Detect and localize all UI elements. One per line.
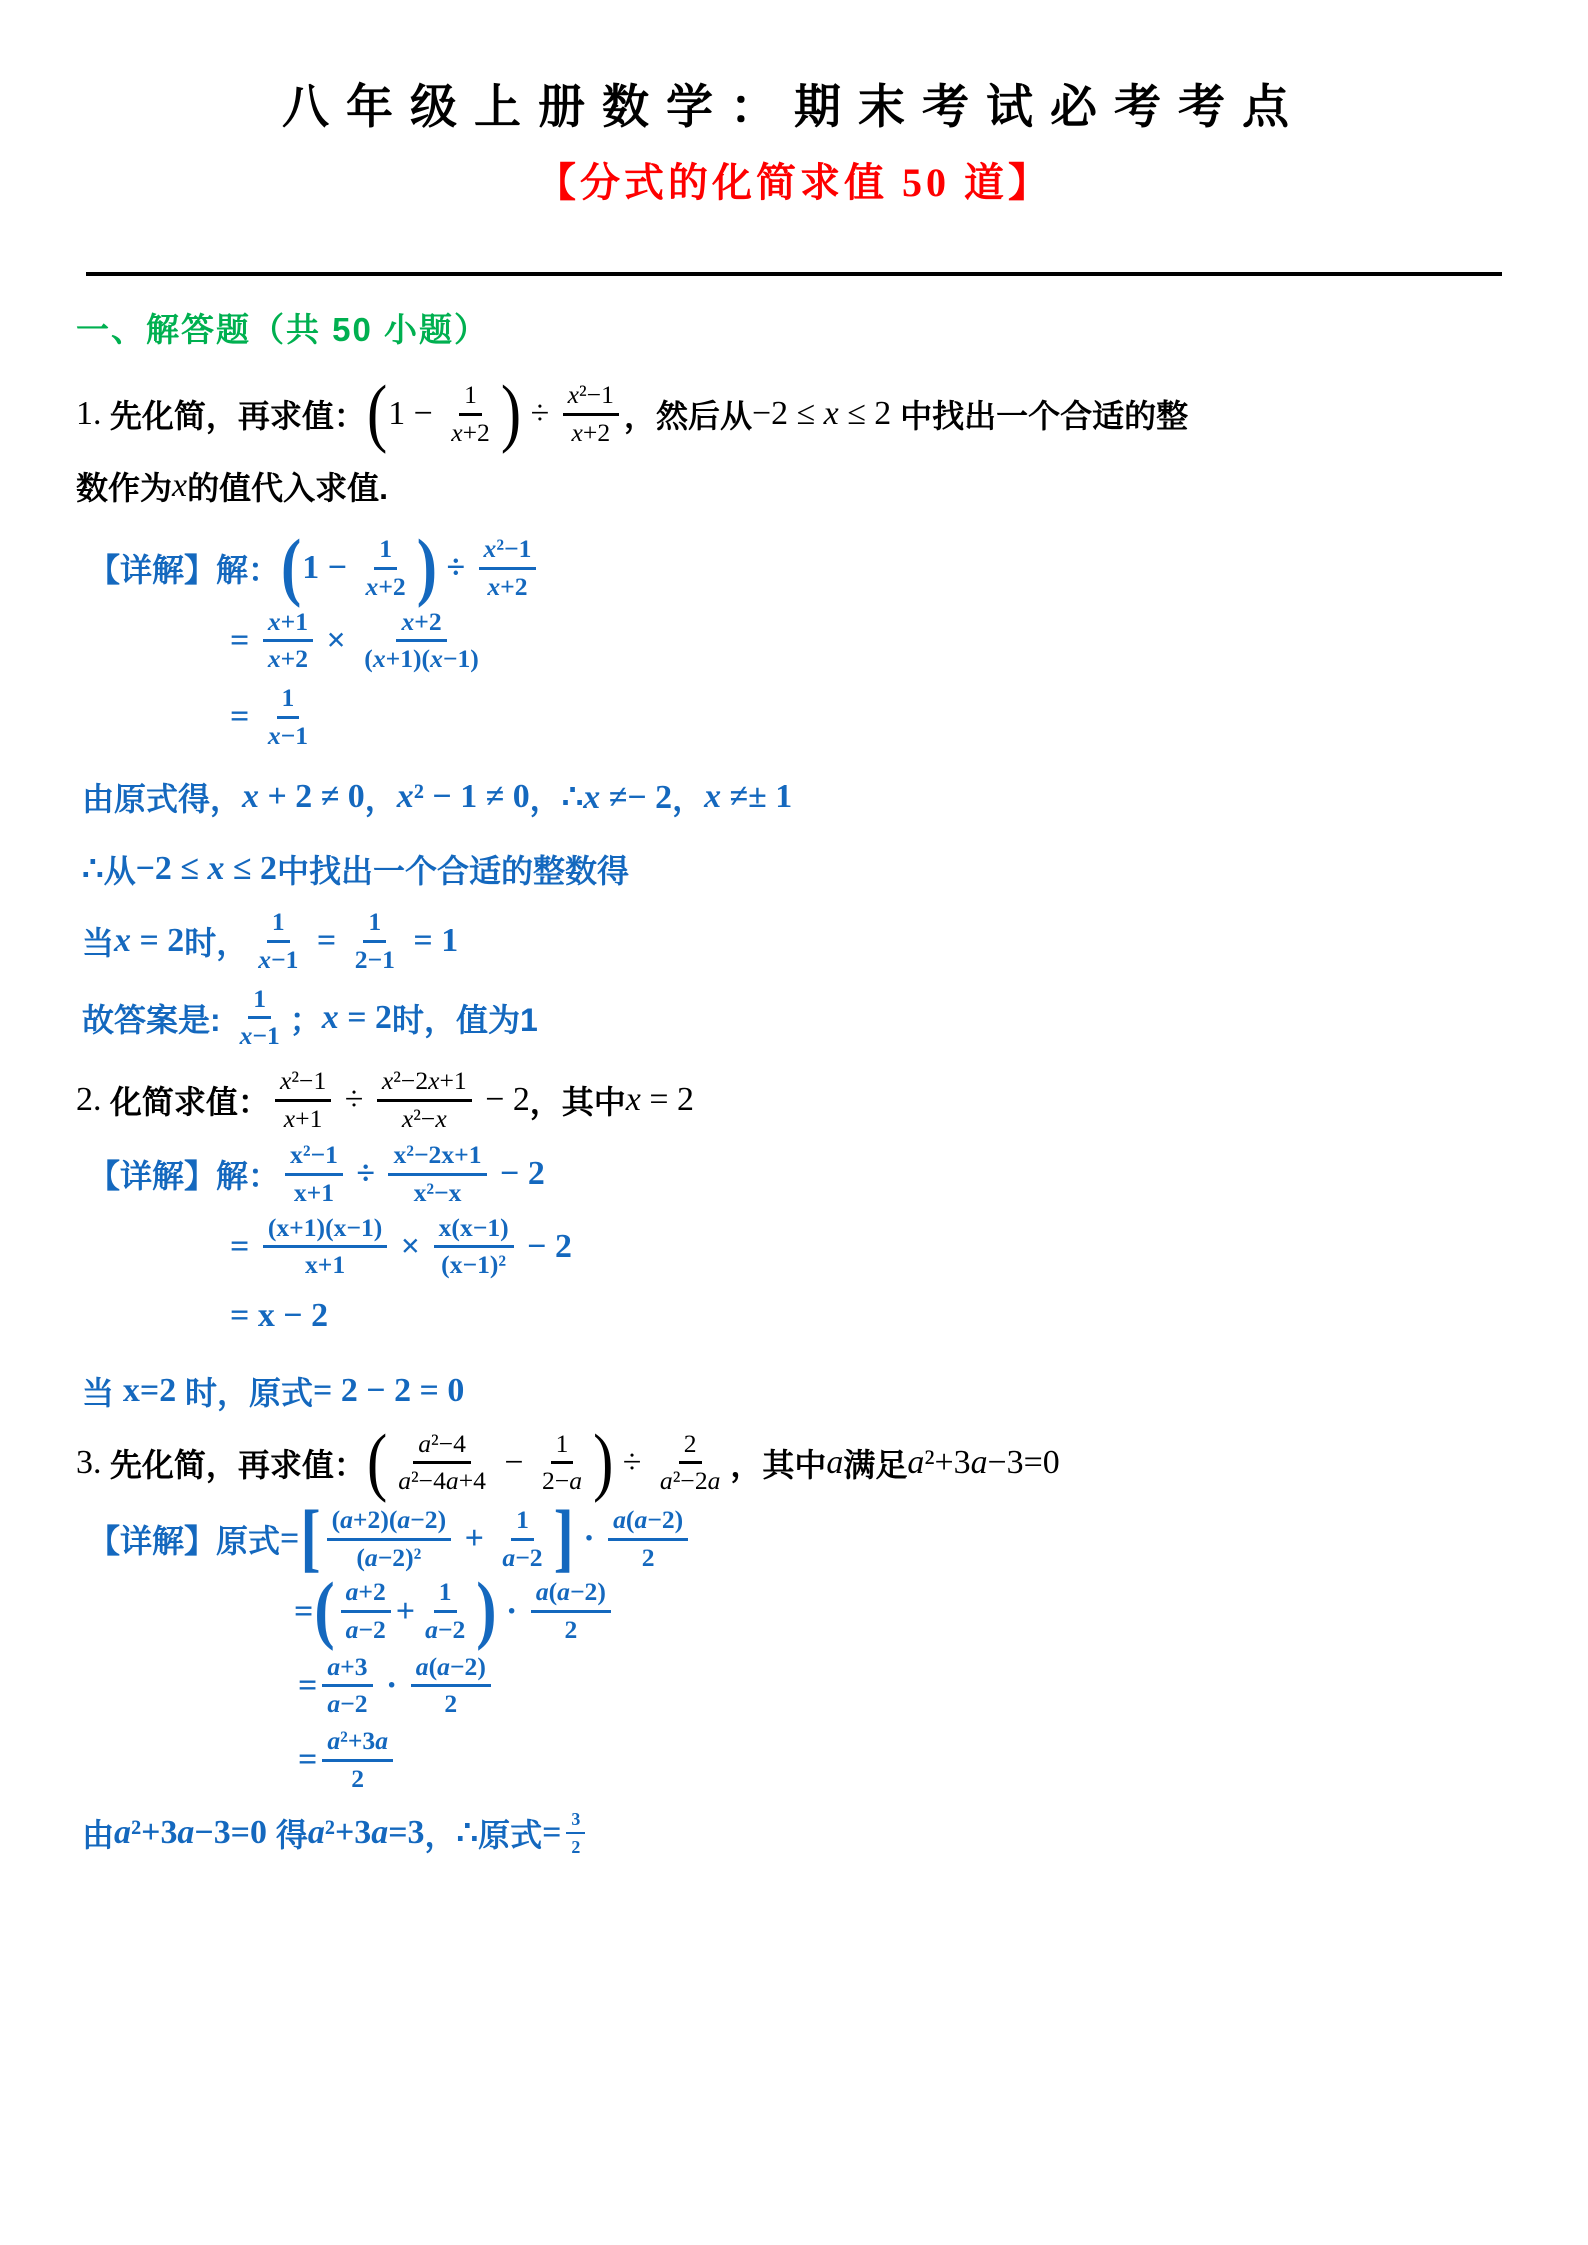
math-variable: x bbox=[242, 778, 259, 815]
fraction-denominator: x²−x bbox=[397, 1102, 452, 1134]
math-run: = bbox=[280, 1520, 299, 1558]
bracket: ) bbox=[501, 380, 521, 448]
math-run: 2. bbox=[76, 1081, 110, 1119]
math-variable: a bbox=[327, 1726, 340, 1755]
math-variable: x bbox=[258, 945, 271, 974]
math-run: · bbox=[498, 1593, 526, 1631]
fraction: a(a−2)2 bbox=[608, 1506, 688, 1572]
math-variable: x bbox=[123, 1372, 140, 1409]
fraction-denominator: x+1 bbox=[300, 1248, 350, 1280]
math-variable: a bbox=[425, 1615, 438, 1644]
text-run: 【详解】原式 bbox=[88, 1516, 280, 1562]
fraction-numerator: 1 bbox=[267, 908, 290, 943]
math-variable: x bbox=[428, 1066, 439, 1095]
math-run: x=2 bbox=[123, 1372, 176, 1410]
math-variable: a bbox=[613, 1505, 626, 1534]
fraction-numerator: x²−1 bbox=[479, 535, 537, 570]
math-variable: a bbox=[536, 1577, 549, 1606]
fraction: 1x−1 bbox=[235, 985, 285, 1051]
worksheet-page: 八年级上册数学：期末考试必考考点 【分式的化简求值 50 道】 一、解答题（共 … bbox=[0, 0, 1588, 2245]
math-run: −2 ≤ x ≤ 2 bbox=[136, 850, 277, 888]
math-variable: x bbox=[382, 1066, 393, 1095]
bracket: ( bbox=[367, 380, 387, 448]
math-variable: a bbox=[907, 1444, 924, 1481]
text-run: 先化简，再求值： bbox=[110, 391, 366, 437]
math-run: 1. bbox=[76, 395, 110, 433]
problem-3-solution-step-1: 【详解】原式=[(a+2)(a−2)(a−2)² + 1a−2] · a(a−2… bbox=[88, 1506, 1588, 1572]
text-run: 由 bbox=[82, 1810, 114, 1856]
fraction-denominator: x−1 bbox=[263, 719, 313, 751]
fraction-numerator: 1 bbox=[277, 684, 300, 719]
fraction-numerator: x+2 bbox=[396, 608, 446, 643]
math-variable: x bbox=[240, 1021, 253, 1050]
fraction-denominator: (x+1)(x−1) bbox=[359, 642, 484, 674]
fraction-denominator: x+1 bbox=[279, 1102, 328, 1134]
text-run: 满足 bbox=[843, 1440, 907, 1486]
math-variable: a bbox=[327, 1689, 340, 1718]
bracket: ( bbox=[314, 1577, 334, 1645]
math-variable: x bbox=[276, 1213, 289, 1242]
math-variable: x bbox=[583, 779, 600, 816]
fraction-denominator: a−2 bbox=[322, 1687, 372, 1719]
math-variable: x bbox=[268, 721, 281, 750]
fraction-denominator: (x−1)² bbox=[436, 1248, 511, 1280]
text-run: 故答案是: bbox=[82, 995, 230, 1041]
problem-3-conclusion: 由a²+3a−3=0 得a²+3a=3，∴原式=32 bbox=[82, 1809, 1588, 1857]
problem-1-solution-step-2: = x+1x+2 × x+2(x+1)(x−1) bbox=[230, 608, 1588, 674]
text-run: 时， bbox=[184, 918, 248, 964]
math-run: ∴ bbox=[457, 1813, 479, 1853]
fraction: x+2(x+1)(x−1) bbox=[359, 608, 484, 674]
math-run: 1 − bbox=[302, 549, 355, 587]
fraction-numerator: x(x−1) bbox=[434, 1214, 514, 1249]
math-run: · bbox=[575, 1520, 603, 1558]
math-variable: a bbox=[971, 1444, 988, 1481]
fraction: a+2a−2 bbox=[341, 1578, 391, 1644]
math-run: x² − 1 ≠ 0 bbox=[397, 778, 530, 816]
bracket: ) bbox=[417, 534, 437, 602]
fraction: x²−2x+1x²−x bbox=[377, 1067, 472, 1133]
page-title: 八年级上册数学：期末考试必考考点 bbox=[0, 70, 1588, 137]
math-variable: x bbox=[401, 607, 414, 636]
problem-3-statement: 3. 先化简，再求值：(a²−4a²−4a+4 − 12−a) ÷ 2a²−2a… bbox=[76, 1430, 1588, 1496]
text-run: 当 bbox=[82, 1368, 123, 1414]
math-variable: a bbox=[114, 1814, 131, 1851]
text-run: 时，值为1 bbox=[392, 995, 538, 1041]
math-variable: a bbox=[398, 1466, 411, 1495]
bracket: ) bbox=[593, 1429, 613, 1497]
math-run: x = 2 bbox=[114, 922, 184, 960]
fraction-denominator: x+2 bbox=[446, 416, 495, 448]
math-run: = bbox=[230, 622, 258, 660]
fraction: a(a−2)2 bbox=[531, 1578, 611, 1644]
math-variable: a bbox=[346, 1615, 359, 1644]
problem-1-solution-step-1: 【详解】解：(1 − 1x+2) ÷ x²−1x+2 bbox=[88, 535, 1588, 601]
math-variable: a bbox=[708, 1466, 721, 1495]
fraction: 1x+2 bbox=[446, 381, 495, 447]
math-run: x ≠± 1 bbox=[704, 778, 792, 816]
math-variable: x bbox=[373, 644, 386, 673]
math-variable: x bbox=[460, 1213, 473, 1242]
fraction-denominator: (a−2)² bbox=[351, 1541, 426, 1573]
fraction-denominator: a−2 bbox=[420, 1613, 470, 1645]
fraction: 1x−1 bbox=[253, 908, 303, 974]
fraction-denominator: x−1 bbox=[253, 943, 303, 975]
fraction: x²−1x+1 bbox=[285, 1141, 343, 1207]
fraction-denominator: 2 bbox=[346, 1762, 369, 1794]
text-run: 当 bbox=[82, 918, 114, 964]
fraction-numerator: 1 bbox=[374, 535, 397, 570]
bracket: ] bbox=[554, 1505, 574, 1573]
fraction: x²−2x+1x²−x bbox=[388, 1141, 486, 1207]
math-variable: a bbox=[375, 1726, 388, 1755]
math-run: a bbox=[826, 1444, 843, 1482]
fraction-denominator: 2−a bbox=[537, 1464, 587, 1496]
math-variable: a bbox=[416, 1652, 429, 1681]
math-run: ÷ bbox=[522, 395, 558, 433]
text-run: ，然后从 bbox=[624, 391, 752, 437]
math-run: = bbox=[230, 698, 258, 736]
text-run: 【详解】解： bbox=[88, 1151, 280, 1197]
fraction-numerator: 1 bbox=[551, 1430, 574, 1465]
math-variable: x bbox=[280, 1066, 291, 1095]
math-run: − bbox=[496, 1444, 532, 1482]
math-run: − 2 bbox=[477, 1081, 530, 1119]
text-run: ，其中 bbox=[730, 1440, 826, 1486]
fraction-denominator: x+2 bbox=[567, 416, 616, 448]
text-run: ， bbox=[365, 774, 397, 820]
fraction: a(a−2)2 bbox=[411, 1653, 491, 1719]
text-run: ， bbox=[424, 1810, 456, 1856]
text-run: ， bbox=[672, 774, 704, 820]
math-variable: x bbox=[334, 1213, 347, 1242]
fraction-numerator: 1 bbox=[363, 908, 386, 943]
math-variable: a bbox=[557, 1577, 570, 1606]
fraction-numerator: x²−2x+1 bbox=[377, 1067, 472, 1102]
fraction: x²−1x+2 bbox=[479, 535, 537, 601]
math-variable: x bbox=[414, 1178, 427, 1207]
math-run: = 2 − 2 = 0 bbox=[313, 1372, 464, 1410]
fraction: 1x−1 bbox=[263, 684, 313, 750]
math-variable: a bbox=[340, 1505, 353, 1534]
fraction: a²−4a²−4a+4 bbox=[393, 1430, 491, 1496]
math-run: ∴ bbox=[82, 849, 104, 889]
math-variable: a bbox=[365, 1543, 378, 1572]
math-run: − 2 bbox=[519, 1228, 572, 1266]
fraction: x(x−1)(x−1)² bbox=[434, 1214, 514, 1280]
math-variable: a bbox=[437, 1652, 450, 1681]
text-run: 得 bbox=[267, 1810, 308, 1856]
math-run: a²+3a−3=0 bbox=[907, 1444, 1059, 1482]
problem-2-solution-step-2: = (x+1)(x−1)x+1 × x(x−1)(x−1)² − 2 bbox=[230, 1214, 1588, 1280]
math-variable: x bbox=[207, 850, 224, 887]
fraction-numerator: a(a−2) bbox=[608, 1506, 688, 1541]
bracket: [ bbox=[300, 1505, 320, 1573]
fraction-numerator: 1 bbox=[459, 381, 482, 416]
math-run: = bbox=[298, 1741, 317, 1779]
math-run: x bbox=[172, 467, 187, 505]
math-variable: x bbox=[484, 534, 497, 563]
fraction-denominator: 2 bbox=[439, 1687, 462, 1719]
fraction-numerator: 1 bbox=[248, 985, 271, 1020]
math-run: + bbox=[456, 1520, 492, 1558]
fraction: 1x+2 bbox=[361, 535, 411, 601]
math-variable: x bbox=[114, 922, 131, 959]
fraction-numerator: (x+1)(x−1) bbox=[263, 1214, 388, 1249]
math-variable: x bbox=[290, 1140, 303, 1169]
fraction-denominator: a−2 bbox=[341, 1613, 391, 1645]
text-run: ，其中 bbox=[530, 1077, 626, 1123]
math-variable: x bbox=[626, 1081, 641, 1118]
fraction: a²+3a2 bbox=[322, 1727, 393, 1793]
fraction-denominator: 2 bbox=[559, 1613, 582, 1645]
math-variable: x bbox=[451, 418, 462, 447]
fraction: 32 bbox=[566, 1809, 585, 1857]
math-variable: a bbox=[371, 1814, 388, 1851]
fraction-numerator: 3 bbox=[566, 1809, 585, 1834]
fraction-numerator: x+1 bbox=[263, 608, 313, 643]
math-variable: x bbox=[430, 644, 443, 673]
fraction-numerator: 1 bbox=[434, 1578, 457, 1613]
math-variable: x bbox=[402, 1104, 413, 1133]
fraction-denominator: x+1 bbox=[289, 1176, 339, 1208]
math-run: a²+3a=3 bbox=[308, 1814, 425, 1852]
math-run: = bbox=[294, 1593, 313, 1631]
fraction-denominator: a²−4a+4 bbox=[393, 1464, 491, 1496]
math-variable: x bbox=[487, 572, 500, 601]
text-run: 时，原式 bbox=[176, 1368, 313, 1414]
problem-1-answer: 故答案是: 1x−1；x = 2时，值为1 bbox=[82, 985, 1588, 1051]
math-run: ÷ bbox=[614, 1444, 650, 1482]
fraction-numerator: a²−4 bbox=[413, 1430, 471, 1465]
math-run: ÷ bbox=[348, 1155, 384, 1193]
math-variable: x bbox=[441, 1140, 454, 1169]
problem-2-statement: 2. 化简求值：x²−1x+1 ÷ x²−2x+1x²−x − 2，其中x = … bbox=[76, 1067, 1588, 1133]
text-run: ， bbox=[530, 774, 562, 820]
fraction-denominator: x−1 bbox=[235, 1019, 285, 1051]
text-run: 中找出一个合适的整数得 bbox=[277, 846, 629, 892]
fraction-numerator: x²−1 bbox=[563, 381, 619, 416]
problem-1-evaluation: 当x = 2时，1x−1 = 12−1 = 1 bbox=[82, 908, 1588, 974]
fraction-numerator: x²−1 bbox=[275, 1067, 331, 1102]
problem-1-choice-note: ∴从−2 ≤ x ≤ 2中找出一个合适的整数得 bbox=[82, 846, 1588, 892]
math-run: 3. bbox=[76, 1444, 110, 1482]
math-run: a²+3a−3=0 bbox=[114, 1814, 267, 1852]
math-variable: x bbox=[305, 1250, 318, 1279]
document-body: 1. 先化简，再求值：(1 − 1x+2) ÷ x²−1x+2，然后从−2 ≤ … bbox=[0, 381, 1588, 1858]
fraction-numerator: a+3 bbox=[322, 1653, 372, 1688]
title-divider bbox=[86, 272, 1502, 276]
fraction-denominator: 2 bbox=[566, 1834, 585, 1857]
problem-3-solution-step-4: =a²+3a2 bbox=[298, 1727, 1588, 1793]
fraction-denominator: a²−2a bbox=[655, 1464, 726, 1496]
math-run: + bbox=[396, 1593, 415, 1631]
math-variable: a bbox=[418, 1429, 431, 1458]
math-variable: x bbox=[568, 380, 579, 409]
math-variable: a bbox=[446, 1466, 459, 1495]
math-variable: a bbox=[346, 1577, 359, 1606]
math-variable: x bbox=[268, 607, 281, 636]
math-variable: x bbox=[322, 999, 339, 1036]
fraction-denominator: x+2 bbox=[263, 642, 313, 674]
problem-3-solution-step-2: =(a+2a−2+1a−2) · a(a−2)2 bbox=[294, 1578, 1588, 1644]
text-run: 【详解】解： bbox=[88, 545, 280, 591]
fraction-numerator: x²−2x+1 bbox=[388, 1141, 486, 1176]
problem-2-solution-step-3: = x − 2 bbox=[230, 1294, 1588, 1338]
math-variable: x bbox=[294, 1178, 307, 1207]
math-variable: x bbox=[824, 395, 839, 432]
text-run: 由原式得， bbox=[82, 774, 242, 820]
math-variable: x bbox=[258, 1297, 275, 1334]
math-variable: x bbox=[397, 778, 414, 815]
fraction: (x+1)(x−1)x+1 bbox=[263, 1214, 388, 1280]
math-run: ÷ bbox=[438, 549, 474, 587]
math-variable: a bbox=[826, 1444, 843, 1481]
text-run: ； bbox=[290, 995, 322, 1041]
text-run: 从 bbox=[104, 846, 136, 892]
math-variable: x bbox=[393, 1140, 406, 1169]
fraction-denominator: x+2 bbox=[482, 570, 532, 602]
bracket: ) bbox=[476, 1577, 496, 1645]
math-run: 1 − bbox=[388, 395, 441, 433]
problem-1-statement-line-2: 数作为x的值代入求值. bbox=[76, 463, 1588, 509]
fraction-numerator: 1 bbox=[511, 1506, 534, 1541]
fraction: 12−1 bbox=[350, 908, 400, 974]
fraction-numerator: a(a−2) bbox=[411, 1653, 491, 1688]
math-variable: x bbox=[572, 418, 583, 447]
fraction-denominator: x²−x bbox=[409, 1176, 467, 1208]
fraction: a+3a−2 bbox=[322, 1653, 372, 1719]
math-run: = 1 bbox=[405, 922, 458, 960]
fraction: 1a−2 bbox=[420, 1578, 470, 1644]
text-run: 先化简，再求值： bbox=[110, 1440, 366, 1486]
math-variable: x bbox=[268, 644, 281, 673]
math-run: × bbox=[392, 1228, 428, 1266]
math-run: = bbox=[308, 922, 344, 960]
math-variable: a bbox=[569, 1466, 582, 1495]
text-run: 的值代入求值. bbox=[187, 463, 388, 509]
problem-1-domain-note: 由原式得，x + 2 ≠ 0，x² − 1 ≠ 0，∴x ≠− 2，x ≠± 1 bbox=[82, 774, 1588, 820]
math-run: · bbox=[378, 1667, 406, 1705]
text-run: 化简求值： bbox=[110, 1077, 270, 1123]
math-run: × bbox=[318, 622, 354, 660]
fraction-numerator: a²+3a bbox=[322, 1727, 393, 1762]
bracket: ( bbox=[281, 534, 301, 602]
fraction: x²−1x+2 bbox=[563, 381, 619, 447]
math-variable: a bbox=[397, 1505, 410, 1534]
problem-1-statement-line-1: 1. 先化简，再求值：(1 − 1x+2) ÷ x²−1x+2，然后从−2 ≤ … bbox=[76, 381, 1588, 447]
math-run: ∴x ≠− 2 bbox=[562, 777, 672, 817]
math-run: x = 2 bbox=[322, 999, 392, 1037]
fraction-numerator: a+2 bbox=[341, 1578, 391, 1613]
math-variable: a bbox=[327, 1652, 340, 1681]
math-variable: x bbox=[284, 1104, 295, 1133]
math-variable: x bbox=[450, 1250, 463, 1279]
text-run: 中找出一个合适的整 bbox=[891, 391, 1188, 437]
math-variable: a bbox=[634, 1505, 647, 1534]
fraction-numerator: 2 bbox=[679, 1430, 702, 1465]
math-run: − 2 bbox=[492, 1155, 545, 1193]
text-run: 数作为 bbox=[76, 463, 172, 509]
math-run: ÷ bbox=[336, 1081, 372, 1119]
math-variable: x bbox=[704, 778, 721, 815]
math-run: −2 ≤ x ≤ 2 bbox=[752, 395, 891, 433]
problem-2-evaluation: 当 x=2 时，原式= 2 − 2 = 0 bbox=[82, 1368, 1588, 1414]
fraction-denominator: a−2 bbox=[497, 1541, 547, 1573]
math-variable: a bbox=[502, 1543, 515, 1572]
math-variable: a bbox=[308, 1814, 325, 1851]
problem-2-solution-step-1: 【详解】解：x²−1x+1 ÷ x²−2x+1x²−x − 2 bbox=[88, 1141, 1588, 1207]
fraction: 1a−2 bbox=[497, 1506, 547, 1572]
fraction-denominator: 2−1 bbox=[350, 943, 400, 975]
fraction-numerator: x²−1 bbox=[285, 1141, 343, 1176]
math-variable: x bbox=[449, 1178, 462, 1207]
page-subtitle: 【分式的化简求值 50 道】 bbox=[0, 151, 1588, 208]
math-variable: a bbox=[177, 1814, 194, 1851]
math-variable: x bbox=[172, 467, 187, 504]
math-variable: x bbox=[435, 1104, 446, 1133]
bracket: ( bbox=[367, 1429, 387, 1497]
math-variable: x bbox=[439, 1213, 452, 1242]
math-run: = x − 2 bbox=[230, 1297, 328, 1335]
math-run: = bbox=[298, 1667, 317, 1705]
fraction: 2a²−2a bbox=[655, 1430, 726, 1496]
math-run: = bbox=[230, 1228, 258, 1266]
section-heading: 一、解答题（共 50 小题） bbox=[76, 304, 1588, 351]
math-variable: x bbox=[366, 572, 379, 601]
fraction-numerator: (a+2)(a−2) bbox=[327, 1506, 452, 1541]
fraction: (a+2)(a−2)(a−2)² bbox=[327, 1506, 452, 1572]
fraction-denominator: x+2 bbox=[361, 570, 411, 602]
text-run: 原式 bbox=[478, 1810, 542, 1856]
problem-3-solution-step-3: =a+3a−2 · a(a−2)2 bbox=[298, 1653, 1588, 1719]
math-run: = bbox=[542, 1814, 561, 1852]
fraction: 12−a bbox=[537, 1430, 587, 1496]
problem-1-solution-step-3: = 1x−1 bbox=[230, 684, 1588, 750]
math-run: x + 2 ≠ 0 bbox=[242, 778, 365, 816]
fraction-denominator: 2 bbox=[637, 1541, 660, 1573]
fraction: x²−1x+1 bbox=[275, 1067, 331, 1133]
math-variable: a bbox=[660, 1466, 673, 1495]
fraction-numerator: a(a−2) bbox=[531, 1578, 611, 1613]
math-run: x = 2 bbox=[626, 1081, 694, 1119]
fraction: x+1x+2 bbox=[263, 608, 313, 674]
